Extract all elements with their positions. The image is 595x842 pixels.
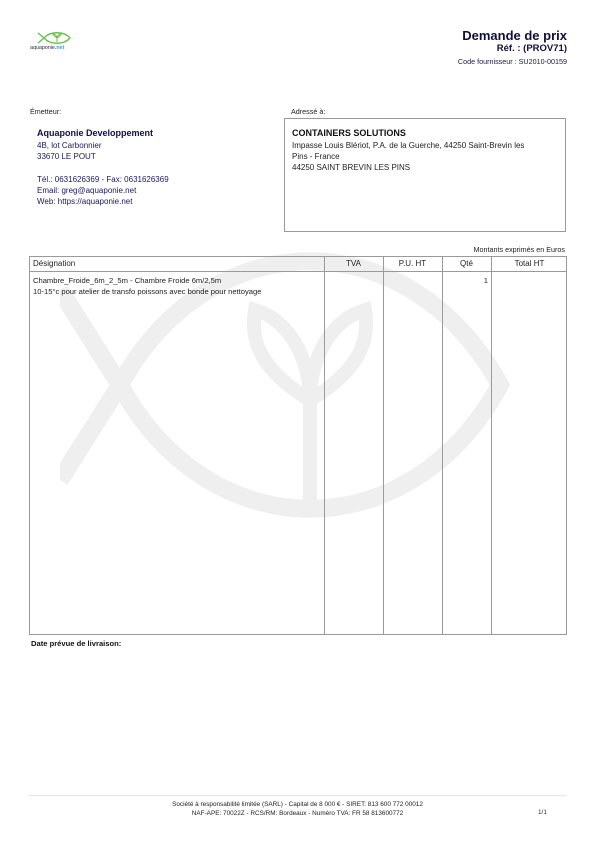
company-logo: aquaponie.net — [30, 30, 90, 56]
supplier-code: Code fournisseur : SU2010-00159 — [458, 57, 567, 66]
recipient-address-line1: Impasse Louis Blériot, P.A. de la Guerch… — [292, 140, 558, 151]
recipient-box: CONTAINERS SOLUTIONS Impasse Louis Bléri… — [284, 118, 566, 232]
footer-legal: Société à responsabilité limitée (SARL) … — [0, 800, 595, 818]
item-designation-line1: Chambre_Froide_6m_2_5m - Chambre Froide … — [33, 276, 323, 287]
item-designation-line2: 10-15°c pour atelier de transfo poissons… — [33, 287, 323, 298]
logo-text: aquaponie.net — [30, 45, 64, 51]
recipient-label: Adressé à: — [291, 107, 325, 116]
sender-web[interactable]: Web: https://aquaponie.net — [37, 196, 169, 207]
header-pu-ht: P.U. HT — [383, 259, 442, 268]
recipient-name: CONTAINERS SOLUTIONS — [292, 128, 558, 138]
currency-note: Montants exprimés en Euros — [474, 245, 565, 254]
header-total-ht: Total HT — [491, 259, 568, 268]
sender-label: Émetteur: — [30, 107, 61, 116]
table-header-divider — [30, 271, 566, 272]
sender-phone-fax: Tél.: 0631626369 - Fax: 0631626369 — [37, 174, 169, 185]
header-qty: Qté — [442, 259, 491, 268]
column-divider — [324, 257, 325, 634]
recipient-address-line3: 44250 SAINT BREVIN LES PINS — [292, 162, 558, 173]
sender-name: Aquaponie Developpement — [37, 128, 169, 139]
document-reference: Réf. : (PROV71) — [497, 43, 567, 54]
header-tva: TVA — [324, 259, 383, 268]
sender-address-line2: 33670 LE POUT — [37, 151, 169, 162]
sender-block: Aquaponie Developpement 4B, lot Carbonni… — [37, 128, 169, 207]
table-row: Chambre_Froide_6m_2_5m - Chambre Froide … — [33, 276, 323, 297]
footer-divider — [29, 795, 566, 796]
sender-email[interactable]: Email: greg@aquaponie.net — [37, 185, 169, 196]
document-title: Demande de prix — [462, 28, 567, 43]
page-number: 1/1 — [538, 809, 547, 816]
delivery-date-label: Date prévue de livraison: — [31, 639, 121, 648]
footer-line1: Société à responsabilité limitée (SARL) … — [0, 800, 595, 809]
footer-line2: NAF-APE: 70022Z - RCS/RM: Bordeaux - Num… — [0, 809, 595, 818]
column-divider — [383, 257, 384, 634]
sender-address-line1: 4B, lot Carbonnier — [37, 140, 169, 151]
column-divider — [442, 257, 443, 634]
items-table: Désignation TVA P.U. HT Qté Total HT Cha… — [29, 256, 567, 635]
fish-logo-icon — [30, 30, 90, 46]
item-qty: 1 — [442, 276, 488, 287]
recipient-address-line2: Pins - France — [292, 151, 558, 162]
header-designation: Désignation — [33, 259, 75, 268]
column-divider — [491, 257, 492, 634]
